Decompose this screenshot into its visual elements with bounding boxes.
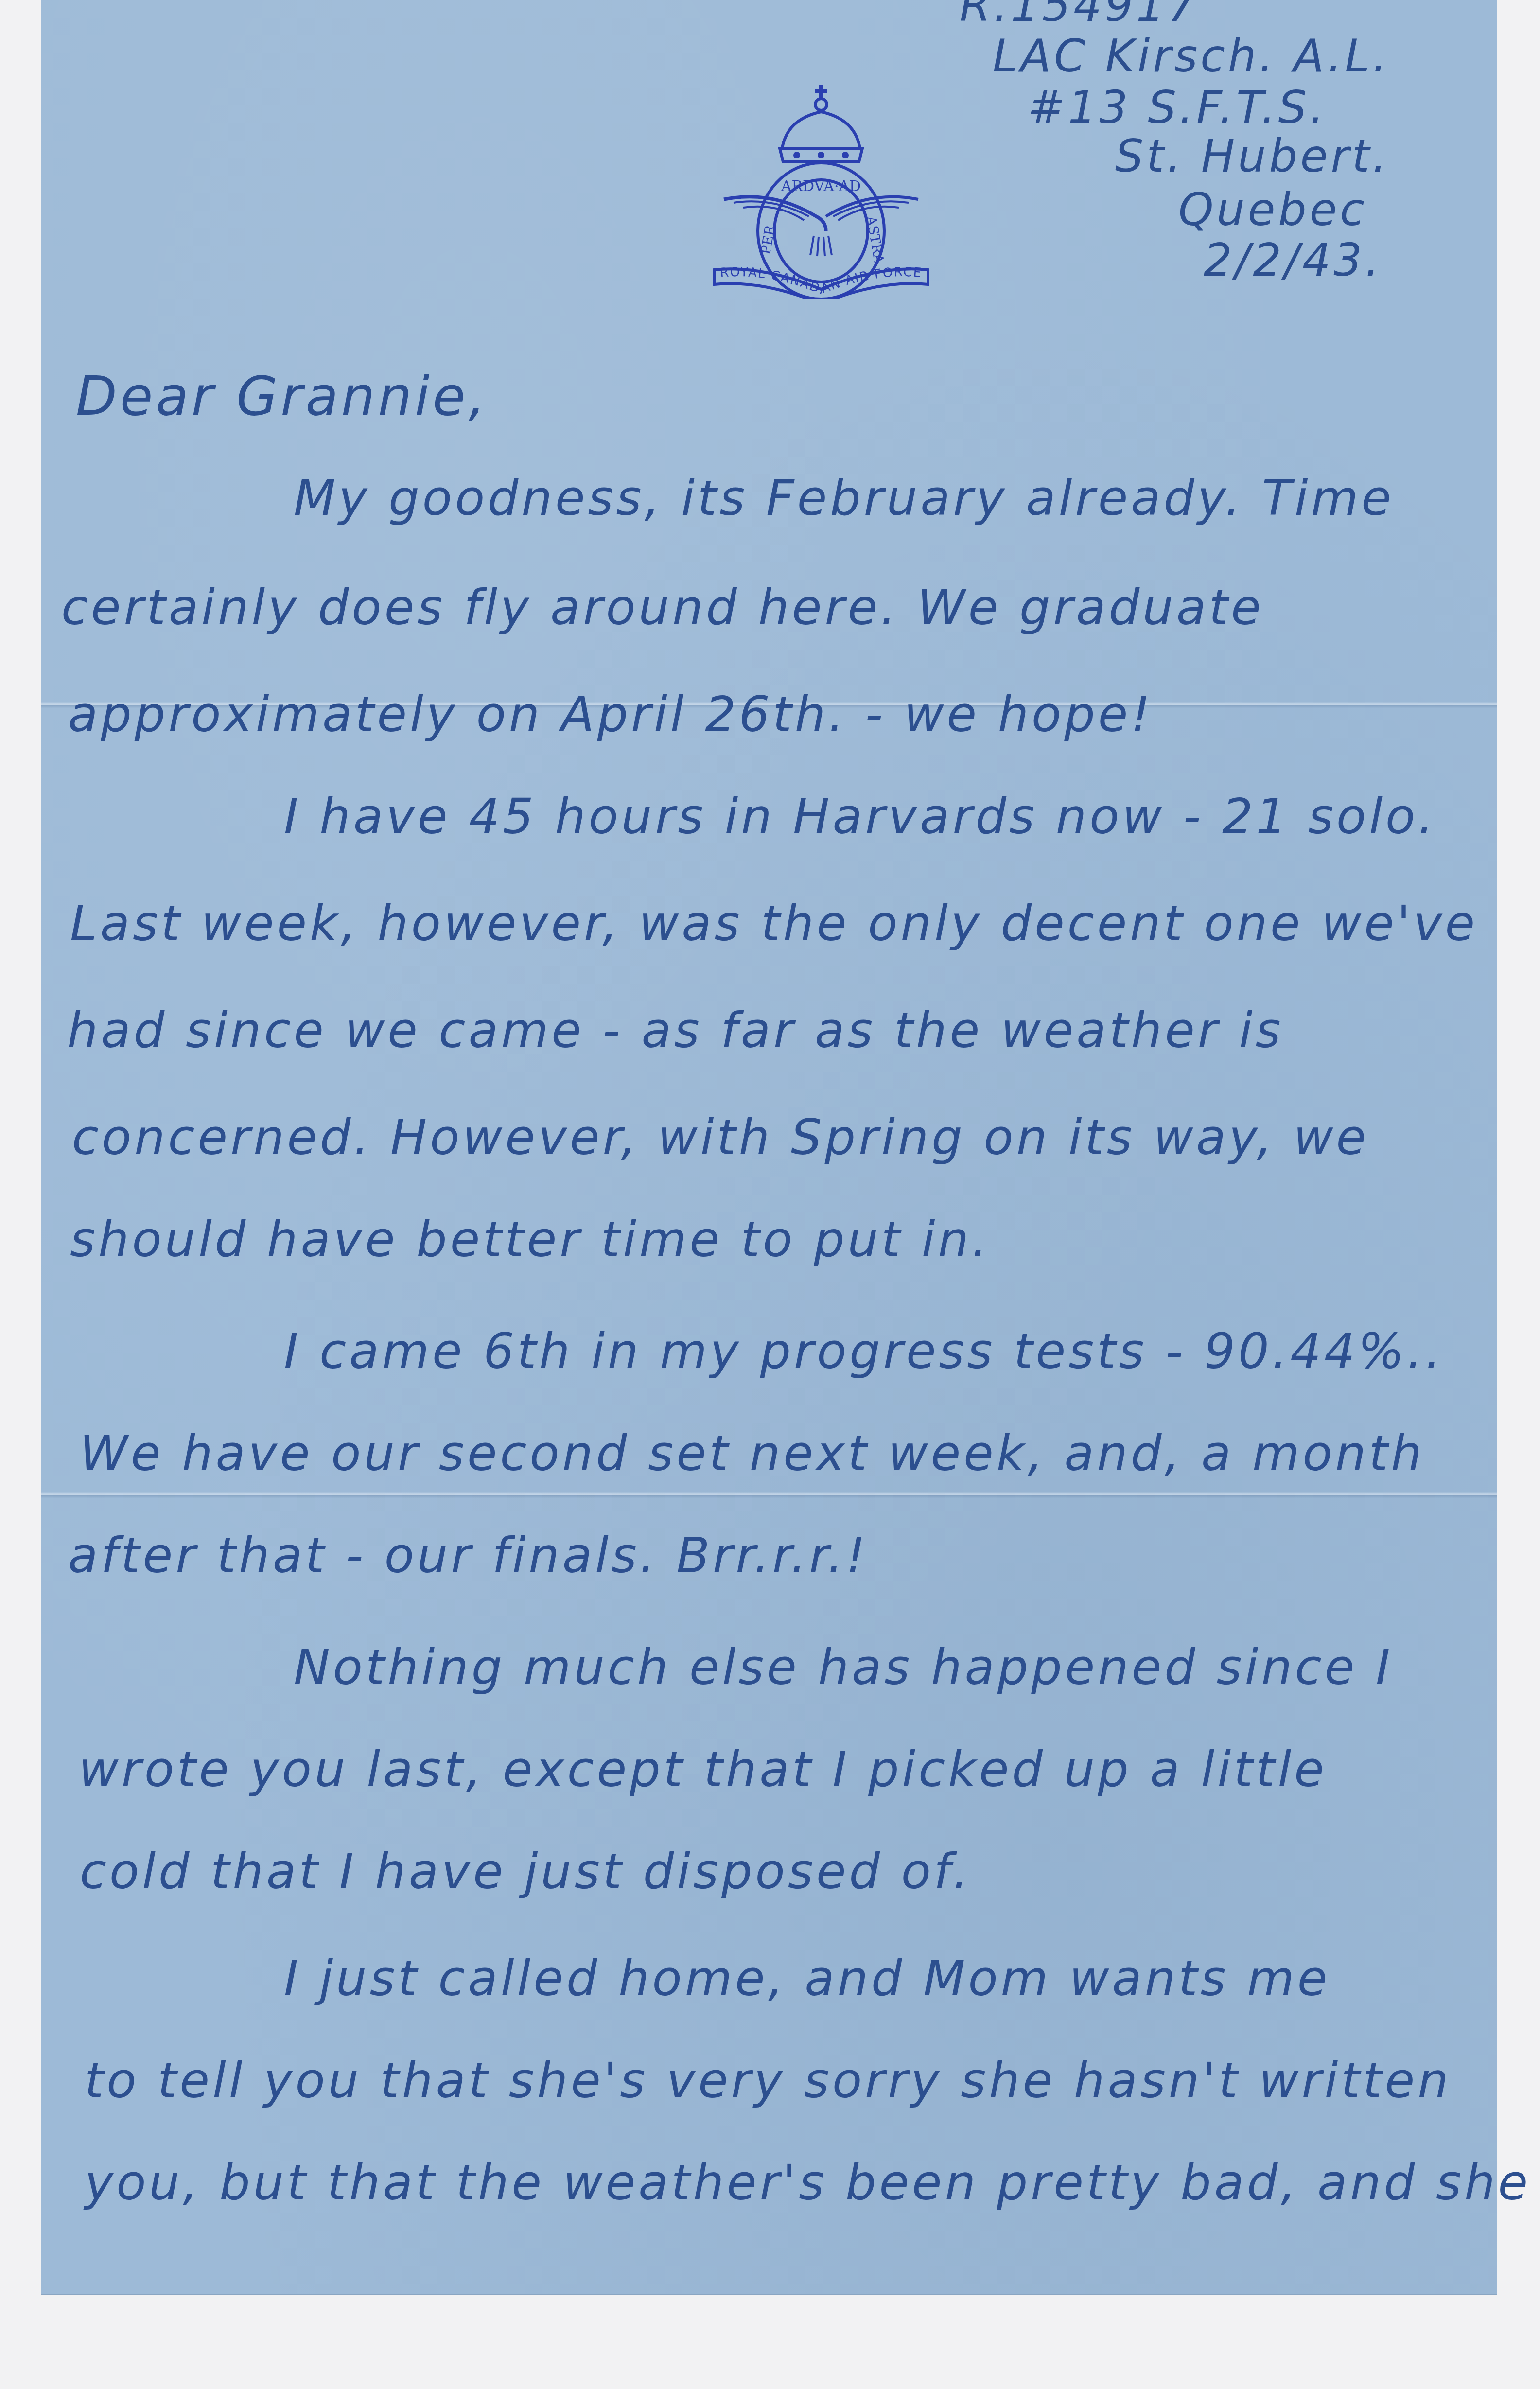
fold-crease-lower <box>41 1492 1497 1498</box>
letter-line: Nothing much else has happened since I <box>294 1643 1393 1692</box>
letter-line: certainly does fly around here. We gradu… <box>61 583 1264 632</box>
svg-text:ARDVA·AD: ARDVA·AD <box>781 178 861 195</box>
letter-line: should have better time to put in. <box>70 1215 990 1264</box>
letter-line: concerned. However, with Spring on its w… <box>72 1113 1369 1162</box>
sender-province: Quebec <box>1178 184 1367 236</box>
letter-line: wrote you last, except that I picked up … <box>79 1745 1327 1794</box>
letter-line: had since we came - as far as the weathe… <box>67 1006 1284 1055</box>
letter-line: to tell you that she's very sorry she ha… <box>85 2056 1452 2105</box>
letter-line: My goodness, its February already. Time <box>294 474 1394 523</box>
letter-line: I have 45 hours in Harvards now - 21 sol… <box>284 792 1436 841</box>
letter-line: after that - our finals. Brr.r.r.! <box>68 1531 868 1580</box>
letter-line: I came 6th in my progress tests - 90.44%… <box>284 1327 1444 1376</box>
letter-line: you, but that the weather's been pretty … <box>85 2159 1531 2207</box>
sender-unit: #13 S.F.T.S. <box>1028 82 1327 134</box>
sender-station: St. Hubert. <box>1115 130 1390 182</box>
letter-line: cold that I have just disposed of. <box>80 1847 971 1896</box>
salutation: Dear Grannie, <box>76 369 488 423</box>
letter-line: approximately on April 26th. - we hope! <box>68 690 1153 739</box>
letter-line: We have our second set next week, and, a… <box>80 1429 1425 1478</box>
letter-paper: ARDVA·AD PER ASTRA ROYAL CANADIAN AIR FO… <box>41 0 1497 2294</box>
sender-name: LAC Kirsch. A.L. <box>993 30 1390 82</box>
service-number: R.154917 <box>960 0 1199 32</box>
letter-date: 2/2/43. <box>1204 234 1382 286</box>
letter-line: Last week, however, was the only decent … <box>70 899 1478 948</box>
letter-line: I just called home, and Mom wants me <box>284 1954 1330 2003</box>
rcaf-crest-icon: ARDVA·AD PER ASTRA ROYAL CANADIAN AIR FO… <box>700 75 943 299</box>
svg-text:PER: PER <box>757 224 778 256</box>
